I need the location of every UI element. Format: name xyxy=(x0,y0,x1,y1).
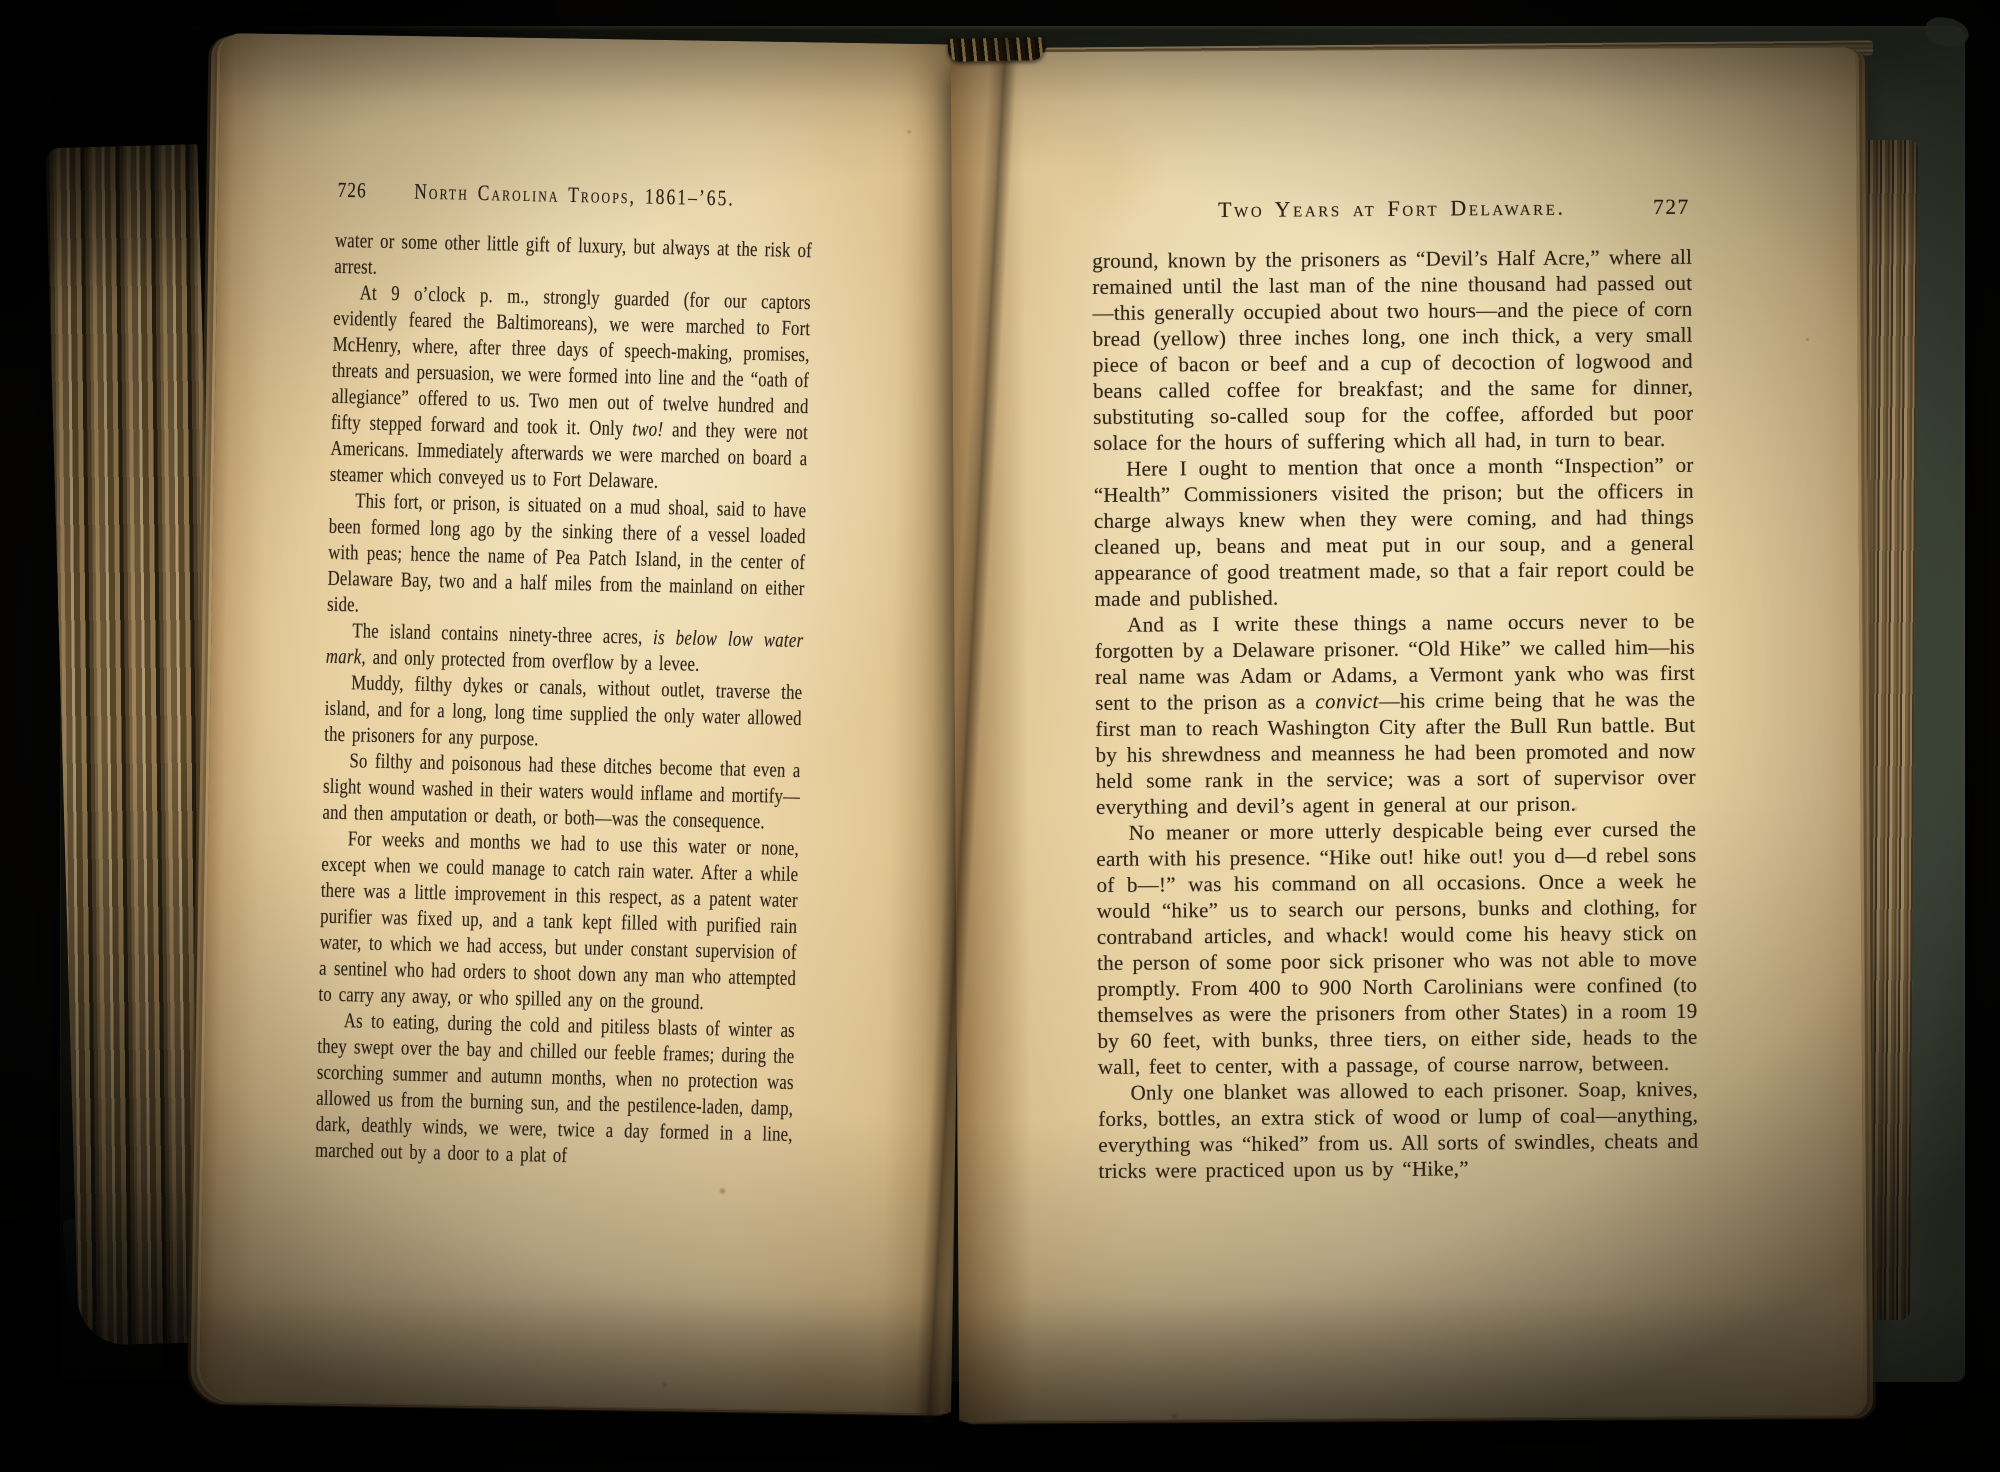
right-page-text-block: Two Years at Fort Delaware. 727 ground, … xyxy=(1092,194,1699,1184)
paragraph: Here I ought to mention that once a mont… xyxy=(1094,452,1695,612)
page-edges-right-stack xyxy=(1856,140,1918,1320)
paragraph: So filthy and poisonous had these ditche… xyxy=(322,747,801,835)
right-page: Two Years at Fort Delaware. 727 ground, … xyxy=(951,47,1864,1421)
left-running-header: 726 North Carolina Troops, 1861–’65. xyxy=(336,177,813,213)
paragraph: This fort, or prison, is situated on a m… xyxy=(327,487,807,627)
paragraph: And as I write these things a name occur… xyxy=(1095,608,1696,820)
right-running-title: Two Years at Fort Delaware. xyxy=(1092,194,1692,224)
left-page: 726 North Carolina Troops, 1861–’65. wat… xyxy=(199,33,972,1413)
right-page-number: 727 xyxy=(1653,194,1690,220)
left-page-number: 726 xyxy=(337,177,367,204)
paragraph: Muddy, filthy dykes or canals, without o… xyxy=(324,669,803,757)
paragraph: At 9 o’clock p. m., strongly guarded (fo… xyxy=(330,279,811,497)
left-page-text-block: 726 North Carolina Troops, 1861–’65. wat… xyxy=(315,177,813,1173)
paragraph: ground, known by the prisoners as “Devil… xyxy=(1092,244,1693,456)
right-running-header: Two Years at Fort Delaware. 727 xyxy=(1092,194,1692,224)
book-photo-scene: 726 North Carolina Troops, 1861–’65. wat… xyxy=(0,0,2000,1472)
paragraph: No meaner or more utterly despicable bei… xyxy=(1096,816,1698,1080)
paragraph: As to eating, during the cold and pitile… xyxy=(315,1007,795,1173)
left-running-title: North Carolina Troops, 1861–’65. xyxy=(336,177,813,213)
paragraph: For weeks and months we had to use this … xyxy=(318,825,799,1017)
paragraph: Only one blanket was allowed to each pri… xyxy=(1098,1076,1699,1184)
